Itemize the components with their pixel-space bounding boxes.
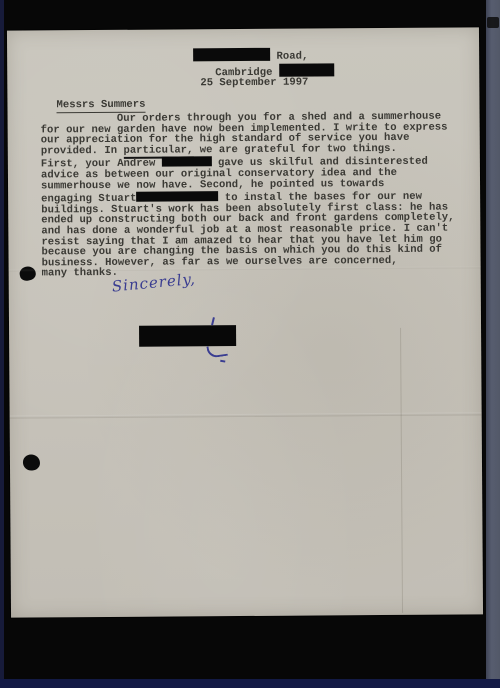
scan-edge-smudge — [487, 17, 499, 28]
signature-ink-curl — [206, 344, 228, 359]
fold-crease-vertical — [400, 328, 403, 613]
scan-left-edge-strip — [0, 0, 4, 688]
punch-hole-top — [18, 265, 37, 282]
scan-bottom-edge-strip — [0, 679, 500, 688]
letter-paper: Road, Cambridge 25 September 1997 Messrs… — [7, 27, 483, 617]
fold-crease-main — [10, 412, 482, 418]
letter-body: Our orders through you for a shed and a … — [41, 112, 455, 280]
text-segment: many thanks. — [42, 267, 118, 280]
signature-ink-stroke — [211, 317, 215, 325]
scan-right-edge-strip — [486, 0, 500, 688]
letter-date: 25 September 1997 — [200, 78, 308, 93]
punch-hole-bottom — [23, 454, 40, 470]
address-line-redacted: Road, — [193, 46, 308, 61]
scanned-letter-photo: { "scan": { "background_color": "#070707… — [0, 0, 500, 688]
address-line-cambridge: Cambridge — [215, 61, 334, 76]
signature-ink-dash — [220, 360, 225, 363]
salutation: Messrs Summers — [56, 100, 145, 113]
redaction-block — [279, 63, 334, 76]
redaction-block — [162, 157, 212, 167]
body-line: many thanks. — [42, 266, 455, 279]
redaction-block — [136, 191, 218, 202]
redaction-block — [193, 48, 270, 62]
